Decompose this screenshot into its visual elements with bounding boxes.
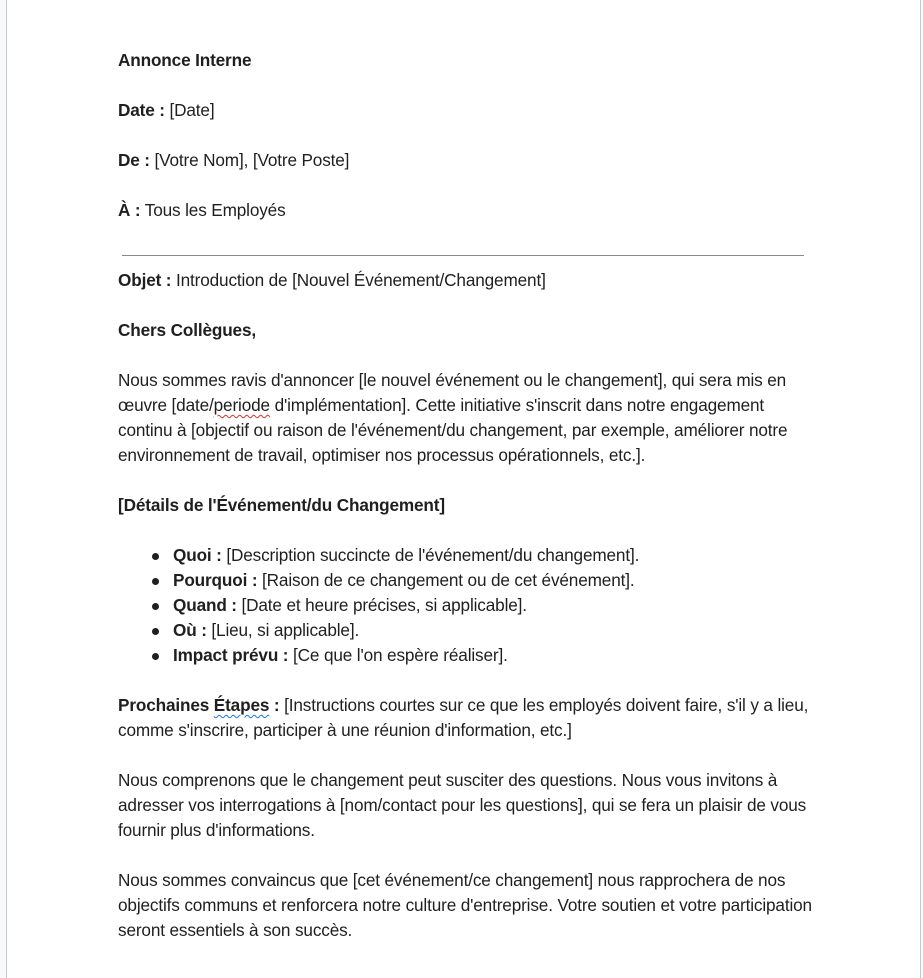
bullet-icon (152, 628, 159, 635)
document-title: Annonce Interne (118, 48, 818, 73)
date-line: Date : [Date] (118, 98, 818, 123)
bullet-icon (152, 653, 159, 660)
details-item-text: [Ce que l'on espère réaliser]. (288, 645, 507, 665)
greeting: Chers Collègues, (118, 318, 818, 343)
details-item-label: Où : (173, 620, 207, 640)
subject-line: Objet : Introduction de [Nouvel Événemen… (118, 268, 818, 293)
closing-paragraph: Nous sommes convaincus que [cet événemen… (118, 868, 818, 943)
details-item-label: Pourquoi : (173, 570, 257, 590)
details-item-label: Impact prévu : (173, 645, 288, 665)
to-value: Tous les Employés (140, 200, 285, 220)
from-label: De : (118, 150, 150, 170)
date-value: [Date] (165, 100, 215, 120)
details-item-impact: Impact prévu : [Ce que l'on espère réali… (118, 643, 818, 668)
spellcheck-flagged-word[interactable]: periode (214, 395, 270, 415)
details-item-text: [Date et heure précises, si applicable]. (237, 595, 527, 615)
next-steps-paragraph: Prochaines Étapes : [Instructions courte… (118, 693, 818, 743)
from-value: [Votre Nom], [Votre Poste] (150, 150, 349, 170)
subject-label: Objet : (118, 270, 171, 290)
details-item-why: Pourquoi : [Raison de ce changement ou d… (118, 568, 818, 593)
details-item-when: Quand : [Date et heure précises, si appl… (118, 593, 818, 618)
intro-paragraph: Nous sommes ravis d'annoncer [le nouvel … (118, 368, 818, 468)
document-page[interactable]: Annonce Interne Date : [Date] De : [Votr… (6, 0, 921, 967)
document-body[interactable]: Annonce Interne Date : [Date] De : [Votr… (118, 48, 818, 967)
to-label: À : (118, 200, 140, 220)
grammar-flagged-word[interactable]: Étapes (214, 695, 269, 715)
questions-paragraph: Nous comprenons que le changement peut s… (118, 768, 818, 843)
details-item-what: Quoi : [Description succincte de l'événe… (118, 543, 818, 568)
bullet-icon (152, 603, 159, 610)
subject-value: Introduction de [Nouvel Événement/Change… (171, 270, 545, 290)
details-heading: [Détails de l'Événement/du Changement] (118, 493, 818, 518)
bullet-icon (152, 553, 159, 560)
details-list: Quoi : [Description succincte de l'événe… (118, 543, 818, 668)
next-steps-label-1: Prochaines (118, 695, 214, 715)
details-item-text: [Description succincte de l'événement/du… (222, 545, 639, 565)
details-item-text: [Raison de ce changement ou de cet événe… (257, 570, 634, 590)
details-item-where: Où : [Lieu, si applicable]. (118, 618, 818, 643)
bullet-icon (152, 578, 159, 585)
details-item-label: Quoi : (173, 545, 222, 565)
date-label: Date : (118, 100, 165, 120)
from-line: De : [Votre Nom], [Votre Poste] (118, 148, 818, 173)
next-steps-label-2: : (269, 695, 279, 715)
details-item-label: Quand : (173, 595, 237, 615)
details-item-text: [Lieu, si applicable]. (207, 620, 359, 640)
to-line: À : Tous les Employés (118, 198, 818, 223)
